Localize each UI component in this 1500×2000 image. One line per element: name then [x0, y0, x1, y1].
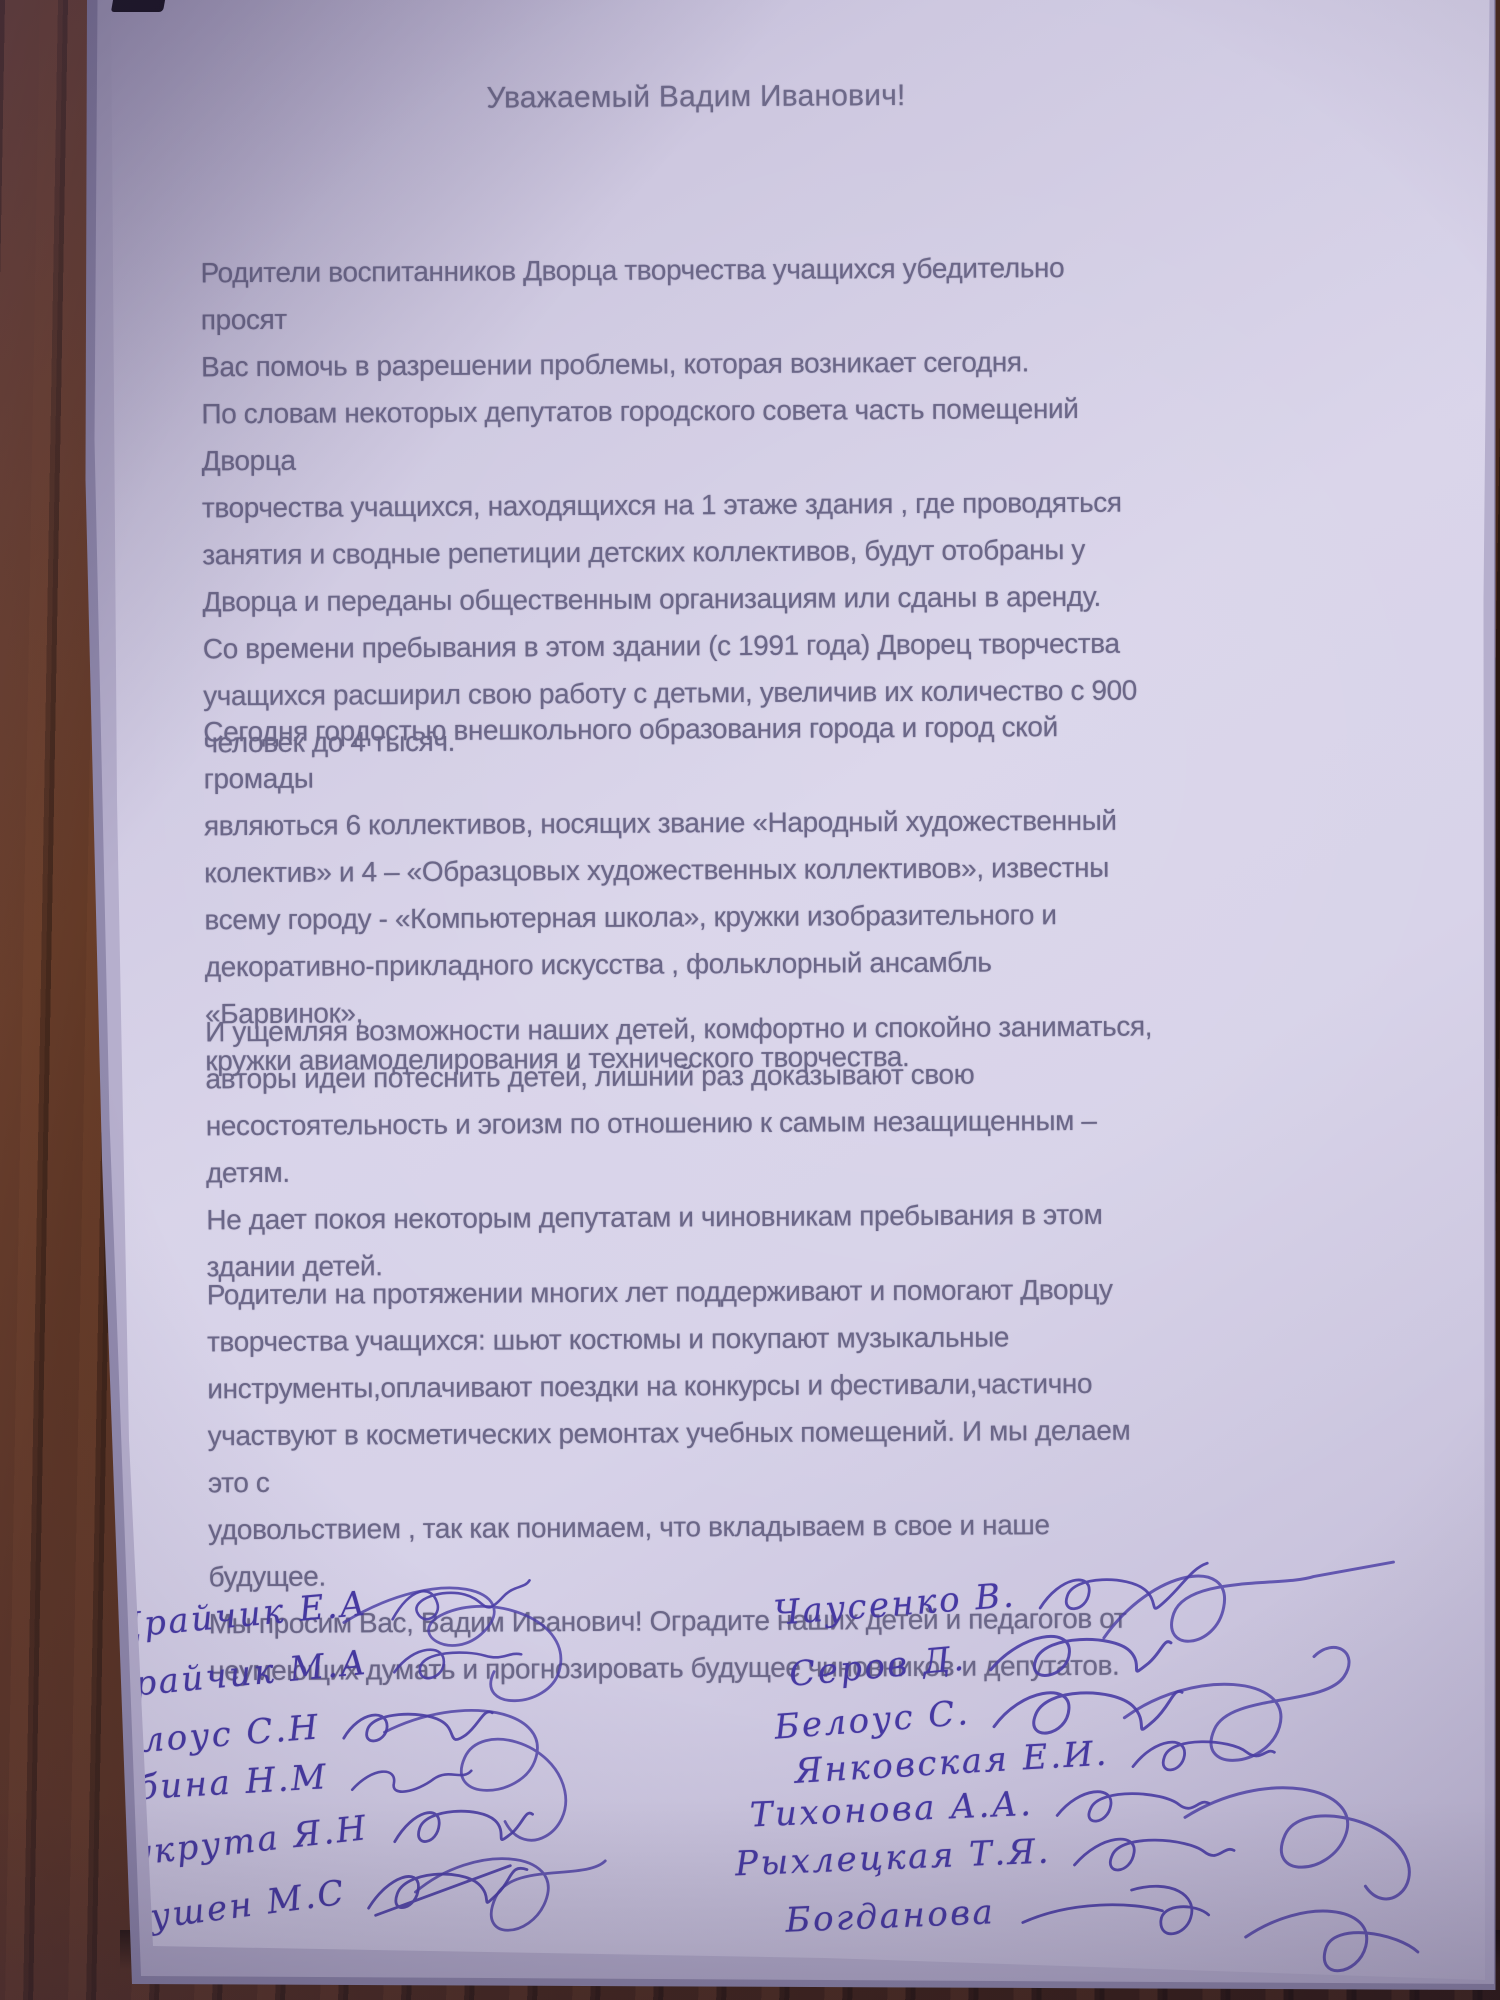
paragraph-3: И ущемляя возможности наших детей, комфо…: [205, 1003, 1157, 1291]
signature-name: Белоус С.: [773, 1693, 972, 1748]
ink-swirl-right: [1063, 1556, 1446, 1988]
signature-name: Рыхлецкая Т.Я.: [734, 1831, 1051, 1884]
salutation: Уважаемый Вадим Иванович!: [486, 79, 905, 116]
signature-name: Тихонова А.А.: [749, 1784, 1034, 1836]
ink-swirl-left: [323, 1561, 625, 1963]
dark-object-top-edge: [111, 0, 165, 12]
signature-name: Богданова: [785, 1892, 996, 1941]
letter-content: Уважаемый Вадим Иванович! Родители воспи…: [0, 0, 1500, 2000]
paragraph-1: Родители воспитанников Дворца творчества…: [200, 244, 1153, 767]
photo-scene: Уважаемый Вадим Иванович! Родители воспи…: [0, 0, 1500, 2000]
letter-page: Уважаемый Вадим Иванович! Родители воспи…: [0, 0, 1500, 2000]
